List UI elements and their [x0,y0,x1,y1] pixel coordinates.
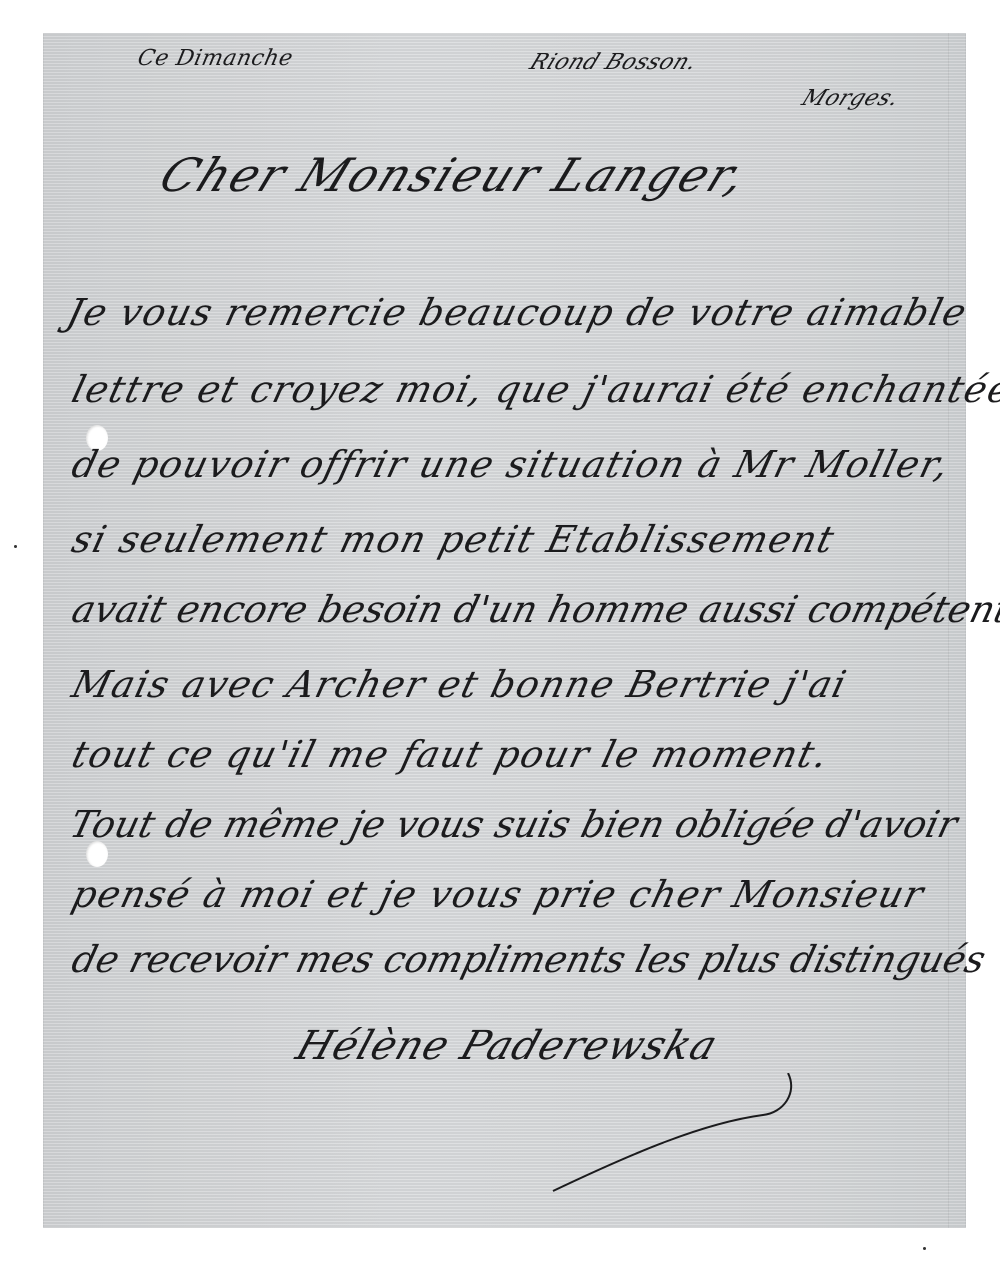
letter-date: Ce Dimanche [135,46,295,71]
body-line: tout ce qu'il me faut pour le moment. [68,733,834,776]
letter-sheet: Ce Dimanche Riond Bosson. Morges. Cher M… [43,33,966,1228]
body-line: de pouvoir offrir une situation à Mr Mol… [68,443,955,486]
body-line: de recevoir mes compliments les plus dis… [68,938,990,981]
letter-place: Riond Bosson. [526,50,701,75]
signature-flourish [543,1073,803,1193]
body-line: pensé à moi et je vous prie cher Monsieu… [68,873,929,916]
body-line: Tout de même je vous suis bien obligée d… [66,803,962,846]
body-line: Mais avec Archer et bonne Bertrie j'ai [68,663,852,706]
body-line: si seulement mon petit Etablissement [68,518,840,561]
body-line: lettre et croyez moi, que j'aurai été en… [68,368,1000,411]
body-line: Je vous remercie beaucoup de votre aimab… [63,291,954,334]
salutation: Cher Monsieur Langer, [152,148,757,202]
body-line: avait encore besoin d'un homme aussi com… [68,588,1000,631]
letter-town: Morges. [798,86,903,111]
stray-ink-dot [923,1247,926,1250]
stray-ink-dot [14,545,17,548]
signature: Hélène Paderewska [291,1023,724,1069]
